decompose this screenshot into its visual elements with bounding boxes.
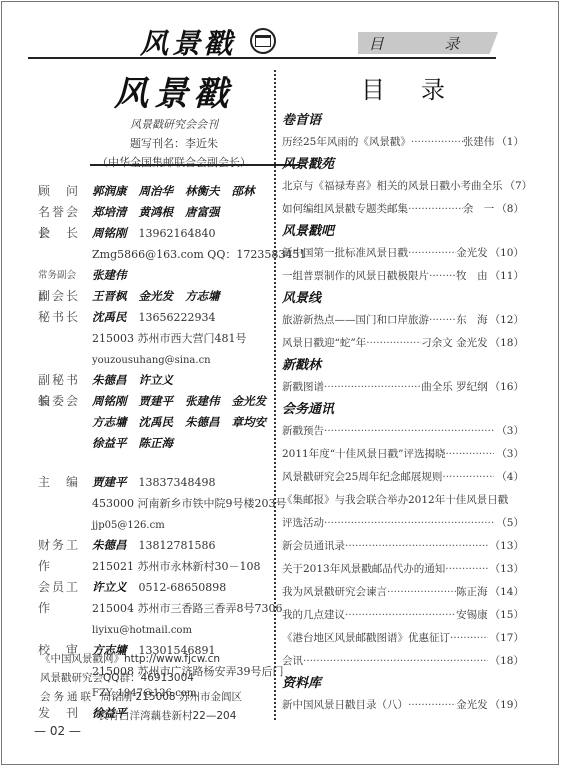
staff-role: 顾问 xyxy=(28,181,78,202)
staff-role xyxy=(28,349,78,370)
toc-entry-title: 风景戳研究会25周年纪念邮展规则 xyxy=(282,466,442,489)
staff-address: 215021 苏州市永林新村30－108 xyxy=(92,560,260,573)
staff-name: 张建伟 xyxy=(185,394,220,408)
toc-entry-title: 一组普票制作的风景日戳极限片 xyxy=(282,265,429,288)
toc-entry-author: 东 海 xyxy=(456,309,488,332)
staff-value: Zmg5866@163.com QQ：1723583451 xyxy=(78,244,306,265)
toc-entry-title: 关于2013年风景戳邮品代办的通知 xyxy=(282,558,445,581)
staff-role xyxy=(28,433,78,454)
toc-entry-title: 我为风景戳研究会谏言 xyxy=(282,581,387,604)
toc-entry-title: 《港台地区风景邮戳图谱》优惠征订 xyxy=(282,627,450,650)
toc-entry: 新中国风景日戳目录（八）金光发（19） xyxy=(282,694,524,717)
staff-name: 章均安 xyxy=(232,415,267,429)
staff-email: jjp05@126.cm xyxy=(92,520,165,531)
staff-value: jjp05@126.cm xyxy=(78,514,165,535)
staff-name: 周铭刚 xyxy=(92,394,127,408)
staff-name: 许立义 xyxy=(92,580,127,594)
staff-name: 林衡夫 xyxy=(185,184,220,198)
toc-entry-page: （13） xyxy=(490,558,524,581)
staff-role: 常务副会长 xyxy=(28,265,78,286)
staff-value: 王晋枫金光发方志墉 xyxy=(78,286,232,307)
staff-address: 215003 苏州市西大营门481号 xyxy=(92,332,246,345)
staff-row: 副秘书长朱德昌许立义 xyxy=(28,370,288,391)
staff-phone: 13812781586 xyxy=(139,539,216,552)
toc-entry-page: （4） xyxy=(496,466,524,489)
staff-value: 215003 苏州市西大营门481号 xyxy=(78,328,246,349)
leader-dots xyxy=(324,420,494,443)
staff-address: 453000 河南新乡市铁中院9号楼203号 xyxy=(92,497,286,510)
staff-name: 贾建平 xyxy=(92,475,127,489)
staff-row: 财务工作朱德昌13812781586 xyxy=(28,535,288,556)
staff-name: 陈正海 xyxy=(139,436,174,450)
toc-section-heading: 风景戳苑 xyxy=(282,154,524,175)
toc-entry-author: 余 一 xyxy=(463,198,495,221)
contact-label: 会务通联 xyxy=(40,691,94,703)
toc-entry-page: （18） xyxy=(490,332,524,355)
toc-entry-page: （16） xyxy=(490,376,524,399)
staff-row: 215004 苏州市三香路三香弄8号7306 xyxy=(28,598,288,619)
staff-role xyxy=(28,328,78,349)
staff-row: 徐益平陈正海 xyxy=(28,433,288,454)
toc-entry-page: （8） xyxy=(496,198,524,221)
staff-name: 金光发 xyxy=(232,394,267,408)
toc-body: 卷首语历经25年风雨的《风景戳》张建伟（1）风景戳苑北京与《福禄寿喜》相关的风景… xyxy=(282,110,524,717)
staff-name: 贾建平 xyxy=(139,394,174,408)
toc-entry-page: （15） xyxy=(490,604,524,627)
staff-row: 215021 苏州市永林新村30－108 xyxy=(28,556,288,577)
table-of-contents: 目录 卷首语历经25年风雨的《风景戳》张建伟（1）风景戳苑北京与《福禄寿喜》相关… xyxy=(282,70,524,717)
column-divider xyxy=(274,70,276,720)
staff-role xyxy=(28,244,78,265)
toc-entry-page: （19） xyxy=(490,694,524,717)
staff-role xyxy=(28,514,78,535)
staff-name: 周铭刚 xyxy=(92,226,127,240)
toc-section-heading: 资料库 xyxy=(282,673,524,694)
toc-entry: 新戳预告（3） xyxy=(282,420,524,443)
staff-phone: 13962164840 xyxy=(139,227,216,240)
staff-value: 徐益平陈正海 xyxy=(78,433,185,454)
leader-dots xyxy=(324,376,421,399)
staff-name: 沈禹民 xyxy=(139,415,174,429)
calligrapher-title: （中华全国集邮联合会副会长） xyxy=(84,154,264,170)
staff-value: 周铭刚贾建平张建伟金光发 xyxy=(78,391,278,412)
staff-row: 会员工作许立义0512-68650898 xyxy=(28,577,288,598)
staff-name: 许立义 xyxy=(139,373,174,387)
staff-row: 方志墉沈禹民朱德昌章均安 xyxy=(28,412,288,433)
staff-role xyxy=(28,493,78,514)
staff-role: 秘书长 xyxy=(28,307,78,328)
leader-dots xyxy=(450,627,488,650)
staff-value: youzousuhang@sina.cn xyxy=(78,349,211,370)
website-line: 《中国风景戳网》http://www.fjcw.cn xyxy=(40,650,280,669)
staff-row: liyixu@hotmail.com xyxy=(28,619,288,640)
staff-value: 215021 苏州市永林新村30－108 xyxy=(78,556,260,577)
staff-name: 方志墉 xyxy=(185,289,220,303)
toc-entry-author: 金光发 xyxy=(456,694,488,717)
staff-name: 方志墉 xyxy=(92,415,127,429)
staff-row: 215003 苏州市西大营门481号 xyxy=(28,328,288,349)
toc-entry-title: 评选活动 xyxy=(282,512,324,535)
staff-name: 朱德昌 xyxy=(92,373,127,387)
staff-name: 王晋枫 xyxy=(92,289,127,303)
staff-role: 主编 xyxy=(28,472,78,493)
leader-dots xyxy=(345,604,456,627)
leader-dots xyxy=(445,558,487,581)
toc-entry: 2011年度“十佳风景日戳”评选揭晓（3） xyxy=(282,443,524,466)
spacer xyxy=(28,454,288,472)
masthead-logo: 风景戳 xyxy=(84,74,264,114)
staff-email: liyixu@hotmail.com xyxy=(92,625,192,636)
toc-entry: 我的几点建议安锡康（15） xyxy=(282,604,524,627)
toc-entry: 新会员通讯录（13） xyxy=(282,535,524,558)
staff-value: 朱德昌13812781586 xyxy=(78,535,215,556)
staff-row: 常务副会长张建伟 xyxy=(28,265,288,286)
toc-section-heading: 新戳林 xyxy=(282,355,524,376)
staff-role xyxy=(28,598,78,619)
staff-role: 副会长 xyxy=(28,286,78,307)
toc-section-heading: 风景线 xyxy=(282,288,524,309)
toc-entry-page: （3） xyxy=(496,420,524,443)
toc-section-heading: 卷首语 xyxy=(282,110,524,131)
staff-name: 郭润康 xyxy=(92,184,127,198)
leader-dots xyxy=(445,443,494,466)
staff-name: 沈禹民 xyxy=(92,310,127,324)
masthead: 风景戳 风景戳研究会会刊 题写刊名：李近朱 （中华全国集邮联合会副会长） xyxy=(84,74,264,170)
staff-value: 郭润康周治华林衡夫邵林 xyxy=(78,181,267,202)
toc-entry: 风景日戳迎“蛇”年刁余文 金光发（18） xyxy=(282,332,524,355)
toc-entry: 旅游新热点——国门和口岸旅游东 海（12） xyxy=(282,309,524,332)
toc-entry: 我为风景戳研究会谏言陈正海（14） xyxy=(282,581,524,604)
toc-entry: 新戳图谱曲全乐 罗纪纲（16） xyxy=(282,376,524,399)
staff-phone: 0512-68650898 xyxy=(139,581,227,594)
masthead-subtitle: 风景戳研究会会刊 xyxy=(84,116,264,132)
toc-entry-author: 陈正海 xyxy=(456,581,488,604)
staff-role: 副秘书长 xyxy=(28,370,78,391)
page-header: 风景戳 目 录 xyxy=(0,0,562,60)
toc-entry: 如何编组风景戳专题类邮集余 一（8） xyxy=(282,198,524,221)
toc-entry-page: （13） xyxy=(490,535,524,558)
toc-entry-author: 张建伟 xyxy=(463,131,495,154)
staff-row: 顾问郭润康周治华林衡夫邵林 xyxy=(28,181,288,202)
toc-entry: 一组普票制作的风景日戳极限片牧 由（11） xyxy=(282,265,524,288)
leader-dots xyxy=(366,332,421,355)
staff-value: 215004 苏州市三香路三香弄8号7306 xyxy=(78,598,282,619)
toc-entry: 北京与《福禄寿喜》相关的风景日戳小考曲全乐（7） xyxy=(282,175,524,198)
gate-emblem-icon xyxy=(250,28,276,54)
toc-entry-author: 牧 由 xyxy=(456,265,488,288)
toc-entry-page: （3） xyxy=(496,443,524,466)
staff-value: 方志墉沈禹民朱德昌章均安 xyxy=(78,412,278,433)
toc-section-heading: 风景戳吧 xyxy=(282,221,524,242)
toc-entry-title: 我的几点建议 xyxy=(282,604,345,627)
toc-entry-author: 安锡康 xyxy=(456,604,488,627)
staff-role: 名誉会长 xyxy=(28,202,78,223)
leader-dots xyxy=(411,131,463,154)
leader-dots xyxy=(303,650,488,673)
toc-entry: 关于2013年风景戳邮品代办的通知（13） xyxy=(282,558,524,581)
toc-entry: 风景戳研究会25周年纪念邮展规则（4） xyxy=(282,466,524,489)
staff-name: 张建伟 xyxy=(92,268,127,282)
toc-entry-page: （14） xyxy=(490,581,524,604)
toc-entry-author: 曲全乐 xyxy=(471,175,503,198)
toc-entry-title: 《集邮报》与我会联合举办2012年十佳风景日戳 xyxy=(282,489,508,512)
toc-entry-title: 新中国第一批标准风景日戳 xyxy=(282,242,408,265)
staff-value: 郑培清黄鸿根唐富强 xyxy=(78,202,232,223)
toc-entry-page: （1） xyxy=(496,131,524,154)
toc-entry-title: 历经25年风雨的《风景戳》 xyxy=(282,131,411,154)
staff-name: 周治华 xyxy=(139,184,174,198)
staff-name: 郑培清 xyxy=(92,205,127,219)
leader-dots xyxy=(429,265,456,288)
toc-entry-title: 如何编组风景戳专题类邮集 xyxy=(282,198,408,221)
toc-entry-page: （11） xyxy=(490,265,524,288)
staff-value: 张建伟 xyxy=(78,265,139,286)
staff-row: 秘书长沈禹民13656222934 xyxy=(28,307,288,328)
section-tab: 目 录 xyxy=(358,32,498,54)
staff-name: 朱德昌 xyxy=(92,538,127,552)
staff-email: youzousuhang@sina.cn xyxy=(92,355,211,366)
header-logo: 风景戳 xyxy=(140,22,236,62)
toc-entry-page: （10） xyxy=(490,242,524,265)
toc-entry: 《港台地区风景邮戳图谱》优惠征订（17） xyxy=(282,627,524,650)
staff-name: 朱德昌 xyxy=(185,415,220,429)
staff-row: 会长周铭刚13962164840 xyxy=(28,223,288,244)
leader-dots xyxy=(345,535,488,558)
toc-entry-page: （18） xyxy=(490,650,524,673)
toc-entry-title: 新中国风景日戳目录（八） xyxy=(282,694,408,717)
staff-row: 名誉会长郑培清黄鸿根唐富强 xyxy=(28,202,288,223)
masthead-rule xyxy=(90,164,300,166)
toc-entry-title: 旅游新热点——国门和口岸旅游 xyxy=(282,309,429,332)
staff-address: 215004 苏州市三香路三香弄8号7306 xyxy=(92,602,282,615)
staff-value: liyixu@hotmail.com xyxy=(78,619,192,640)
toc-entry-page: （17） xyxy=(490,627,524,650)
staff-role xyxy=(28,619,78,640)
staff-role: 财务工作 xyxy=(28,535,78,556)
staff-row: jjp05@126.cm xyxy=(28,514,288,535)
toc-entry-title: 北京与《福禄寿喜》相关的风景日戳小考 xyxy=(282,175,471,198)
qq-group-line: 风景戳研究会QQ群：46913004 xyxy=(40,669,280,688)
toc-entry-title: 会讯 xyxy=(282,650,303,673)
staff-row: 453000 河南新乡市铁中院9号楼203号 xyxy=(28,493,288,514)
staff-role xyxy=(28,556,78,577)
staff-role: 编委会 xyxy=(28,391,78,412)
toc-entry-title: 新戳图谱 xyxy=(282,376,324,399)
staff-role xyxy=(28,412,78,433)
staff-phone: 13656222934 xyxy=(139,311,216,324)
staff-value: 许立义0512-68650898 xyxy=(78,577,226,598)
leader-dots xyxy=(387,581,456,604)
toc-entry-title: 2011年度“十佳风景日戳”评选揭晓 xyxy=(282,443,445,466)
toc-entry-author: 曲全乐 罗纪纲 xyxy=(421,376,487,399)
toc-entry: 会讯（18） xyxy=(282,650,524,673)
staff-role: 会员工作 xyxy=(28,577,78,598)
staff-row: 主编贾建平13837348498 xyxy=(28,472,288,493)
staff-name: 黄鸿根 xyxy=(139,205,174,219)
leader-dots xyxy=(408,198,463,221)
toc-entry: 历经25年风雨的《风景戳》张建伟（1） xyxy=(282,131,524,154)
toc-entry: 评选活动（5） xyxy=(282,512,524,535)
page-number: — 02 — xyxy=(34,724,81,738)
staff-row: youzousuhang@sina.cn xyxy=(28,349,288,370)
staff-name: 徐益平 xyxy=(92,436,127,450)
leader-dots xyxy=(408,694,456,717)
staff-row: 编委会周铭刚贾建平张建伟金光发 xyxy=(28,391,288,412)
toc-entry-page: （5） xyxy=(496,512,524,535)
toc-entry-author: 金光发 xyxy=(456,242,488,265)
toc-entry: 新中国第一批标准风景日戳金光发（10） xyxy=(282,242,524,265)
staff-value: 周铭刚13962164840 xyxy=(78,223,215,244)
toc-entry-title: 风景日戳迎“蛇”年 xyxy=(282,332,366,355)
staff-value: 453000 河南新乡市铁中院9号楼203号 xyxy=(78,493,286,514)
toc-entry-page: （7） xyxy=(505,175,533,198)
toc-entry-title: 新会员通讯录 xyxy=(282,535,345,558)
leader-dots xyxy=(442,466,494,489)
staff-row: 副会长王晋枫金光发方志墉 xyxy=(28,286,288,307)
footer-info: 《中国风景戳网》http://www.fjcw.cn 风景戳研究会QQ群：469… xyxy=(40,650,280,726)
leader-dots xyxy=(408,242,456,265)
contact-line: 会务通联 周铭刚 215008 苏州市金阊区 xyxy=(40,688,280,707)
staff-row: Zmg5866@163.com QQ：1723583451 xyxy=(28,244,288,265)
toc-section-heading: 会务通讯 xyxy=(282,399,524,420)
staff-value: 朱德昌许立义 xyxy=(78,370,185,391)
staff-role: 会长 xyxy=(28,223,78,244)
staff-phone: 13837348498 xyxy=(139,476,216,489)
staff-value: 贾建平13837348498 xyxy=(78,472,215,493)
toc-entry-title: 新戳预告 xyxy=(282,420,324,443)
staff-name: 唐富强 xyxy=(185,205,220,219)
header-rule xyxy=(28,57,496,59)
staff-name: 金光发 xyxy=(139,289,174,303)
toc-entry-author: 刁余文 金光发 xyxy=(421,332,487,355)
staff-value: 沈禹民13656222934 xyxy=(78,307,215,328)
staff-name: 邵林 xyxy=(232,184,255,198)
toc-entry-page: （12） xyxy=(490,309,524,332)
calligrapher: 题写刊名：李近朱 xyxy=(84,135,264,151)
leader-dots xyxy=(429,309,456,332)
contact-address-1: 周铭刚 215008 苏州市金阊区 xyxy=(101,691,242,703)
staff-list: 顾问郭润康周治华林衡夫邵林名誉会长郑培清黄鸿根唐富强会长周铭刚139621648… xyxy=(28,181,288,724)
toc-entry: 《集邮报》与我会联合举办2012年十佳风景日戳 xyxy=(282,489,524,512)
leader-dots xyxy=(324,512,494,535)
toc-title: 目录 xyxy=(282,70,524,110)
